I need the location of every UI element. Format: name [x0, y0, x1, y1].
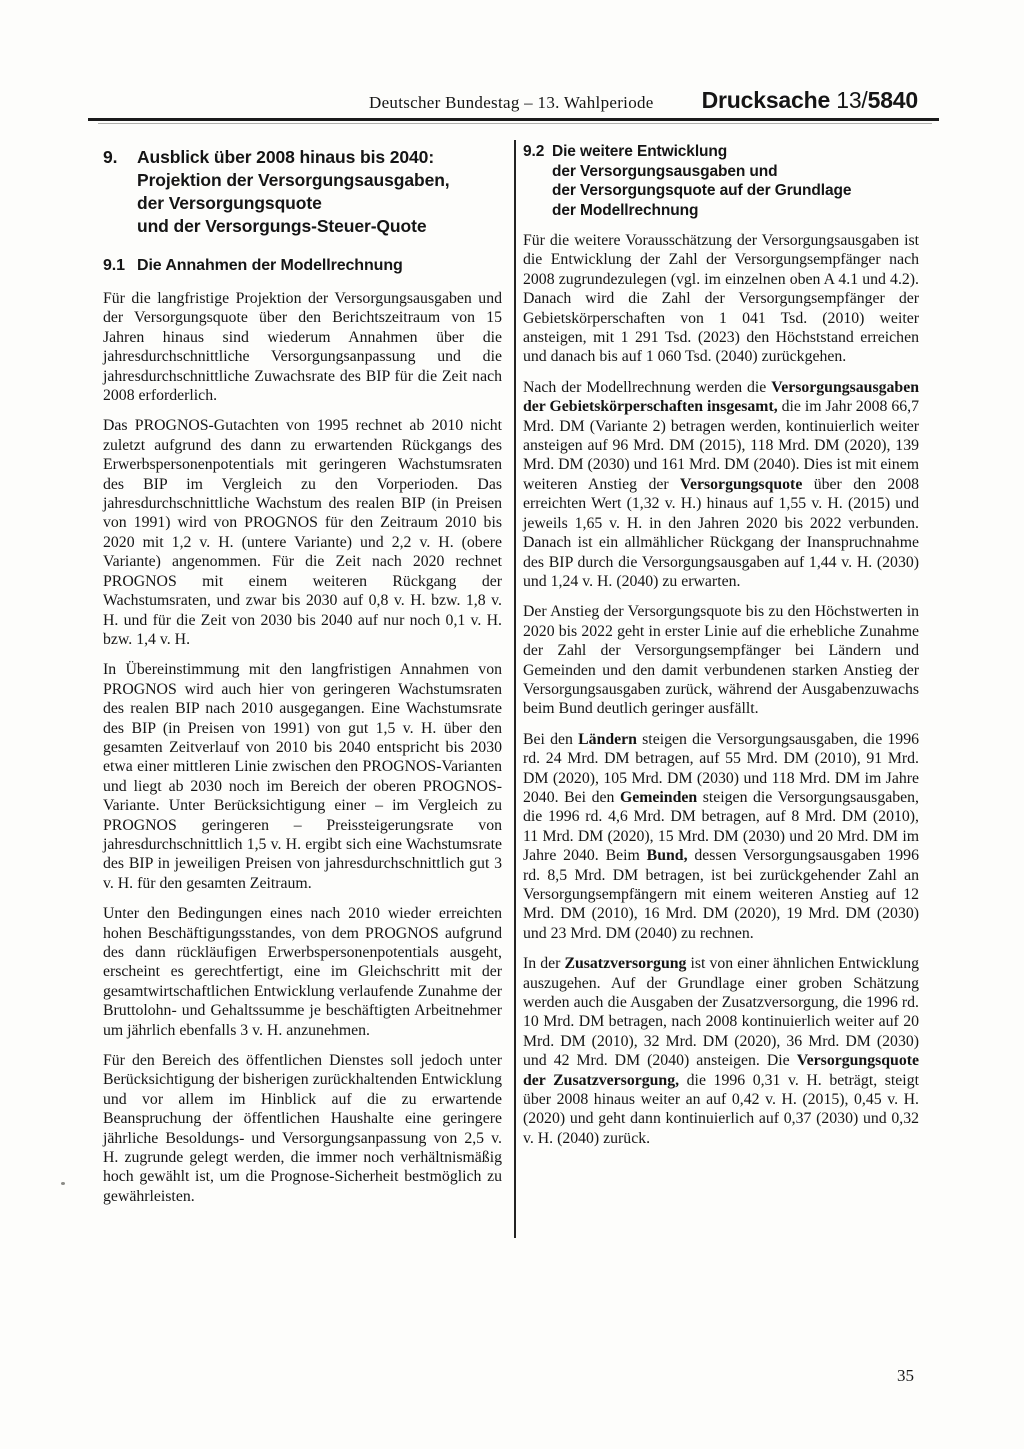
- bold-text-run: Zusatzversorgung: [564, 955, 686, 972]
- document-page: Deutscher Bundestag – 13. Wahlperiode Dr…: [0, 0, 1024, 1449]
- left-paragraph-2: Das PROGNOS-Gutachten von 1995 rechnet a…: [103, 416, 502, 649]
- left-column: 9. Ausblick über 2008 hinaus bis 2040: P…: [103, 146, 502, 1217]
- section-9-heading: 9. Ausblick über 2008 hinaus bis 2040: P…: [103, 146, 502, 238]
- doc-number-prefix: 13/: [836, 87, 867, 113]
- section-title: Ausblick über 2008 hinaus bis 2040: Proj…: [137, 146, 502, 238]
- subsection-title-line: der Versorgungsquote auf der Grundlage: [552, 181, 919, 201]
- left-paragraph-1: Für die langfristige Projektion der Vers…: [103, 289, 502, 405]
- section-title-line: der Versorgungsquote: [137, 192, 502, 215]
- subsection-9-1-heading: 9.1 Die Annahmen der Modellrechnung: [103, 256, 502, 276]
- text-run: Bei den: [523, 731, 578, 748]
- scan-artifact-dot: [61, 1182, 65, 1185]
- subsection-number: 9.2: [523, 142, 552, 220]
- right-paragraph-2: Nach der Modellrechnung werden die Verso…: [523, 378, 919, 591]
- right-paragraph-3: Der Anstieg der Versorgungsquote bis zu …: [523, 602, 919, 718]
- page-number: 35: [897, 1366, 914, 1386]
- left-paragraph-5: Für den Bereich des öffentlichen Dienste…: [103, 1051, 502, 1206]
- section-number: 9.: [103, 146, 137, 238]
- doc-label: Drucksache: [702, 87, 837, 113]
- bold-text-run: Bund,: [647, 847, 688, 864]
- bold-text-run: Gemeinden: [620, 789, 697, 806]
- subsection-9-2-heading: 9.2 Die weitere Entwicklung der Versorgu…: [523, 142, 919, 220]
- subsection-title: Die weitere Entwicklung der Versorgungsa…: [552, 142, 919, 220]
- doc-number: 5840: [868, 87, 918, 113]
- section-title-line: und der Versorgungs-Steuer-Quote: [137, 215, 502, 238]
- subsection-title-line: der Modellrechnung: [552, 201, 919, 221]
- header-document-number: Drucksache 13/5840: [702, 87, 918, 114]
- subsection-title-line: Die weitere Entwicklung: [552, 142, 919, 162]
- right-paragraph-1: Für die weitere Vorausschätzung der Vers…: [523, 231, 919, 367]
- header-journal-title: Deutscher Bundestag – 13. Wahlperiode: [369, 93, 654, 113]
- subsection-title: Die Annahmen der Modellrechnung: [137, 256, 502, 276]
- right-column: 9.2 Die weitere Entwicklung der Versorgu…: [523, 142, 919, 1159]
- text-run: Der Anstieg der Versorgungsquote bis zu …: [523, 603, 919, 717]
- right-paragraph-5: In der Zusatzversorgung ist von einer äh…: [523, 954, 919, 1148]
- right-paragraph-4: Bei den Ländern steigen die Versorgungsa…: [523, 730, 919, 943]
- subsection-title-line: der Versorgungsausgaben und: [552, 162, 919, 182]
- section-title-line: Projektion der Versorgungsausgaben,: [137, 169, 502, 192]
- text-run: In der: [523, 955, 564, 972]
- header-rule-shadow: [98, 123, 932, 124]
- section-title-line: Ausblick über 2008 hinaus bis 2040:: [137, 146, 502, 169]
- text-run: Nach der Modellrechnung werden die: [523, 379, 771, 396]
- subsection-number: 9.1: [103, 256, 137, 276]
- header-rule: [88, 118, 939, 121]
- text-run: Für die weitere Vorausschätzung der Vers…: [523, 232, 919, 365]
- bold-text-run: Versorgungsquote: [680, 476, 802, 493]
- left-paragraph-4: Unter den Bedingungen eines nach 2010 wi…: [103, 904, 502, 1040]
- bold-text-run: Ländern: [578, 731, 637, 748]
- left-paragraph-3: In Übereinstimmung mit den langfristigen…: [103, 660, 502, 893]
- column-divider: [514, 140, 516, 1238]
